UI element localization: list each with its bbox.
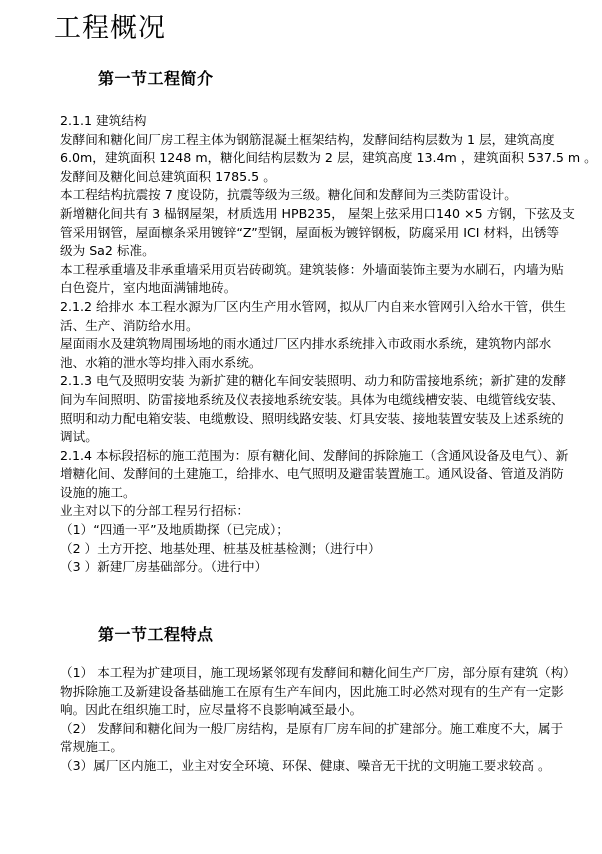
text-line: 设施的施工。 — [60, 484, 560, 503]
section-heading-overview: 第一节工程简介 — [98, 66, 214, 89]
section-body-overview: 2.1.1 建筑结构 发酵间和糖化间厂房工程主体为钢筋混凝土框架结构，发酵间结构… — [60, 112, 560, 577]
document-title: 工程概况 — [54, 6, 166, 45]
text-line: 2.1.2 给排水 本工程水源为厂区内生产用水管网，拟从厂内自来水管网引入给水干… — [60, 298, 560, 317]
text-line: 业主对以下的分部工程另行招标： — [60, 502, 560, 521]
text-line: （2） 发酵间和糖化间为一般厂房结构，是原有厂房车间的扩建部分。施工难度不大，属… — [60, 720, 560, 739]
text-line: 2.1.4 本标段招标的施工范围为：原有糖化间、发酵间的拆除施工（含通风设备及电… — [60, 447, 560, 466]
text-line: 本工程结构抗震按 7 度设防，抗震等级为三级。糖化间和发酵间为三类防雷设计。 — [60, 186, 560, 205]
text-line: 屋面雨水及建筑物周围场地的雨水通过厂区内排水系统排入市政雨水系统，建筑物内部水 — [60, 335, 560, 354]
document-page: 工程概况 第一节工程简介 2.1.1 建筑结构 发酵间和糖化间厂房工程主体为钢筋… — [0, 0, 602, 854]
text-line: 常规施工。 — [60, 738, 560, 757]
section-heading-features: 第一节工程特点 — [98, 622, 214, 645]
text-line: 6.0m，建筑面积 1248 m，糖化间结构层数为 2 层，建筑高度 13.4m… — [60, 149, 560, 168]
text-line: 间为车间照明、防雷接地系统及仪表接地系统安装。具体为电缆线槽安装、电缆管线安装、 — [60, 391, 560, 410]
text-line: （3）属厂区内施工，业主对安全环境、环保、健康、噪音无干扰的文明施工要求较高 。 — [60, 757, 560, 776]
text-line: 2.1.1 建筑结构 — [60, 112, 560, 131]
list-item: （3 ）新建厂房基础部分。（进行中） — [60, 558, 560, 577]
text-line: 本工程承重墙及非承重墙采用页岩砖砌筑。建筑装修：外墙面装饰主要为水刷石，内墙为贴 — [60, 261, 560, 280]
text-line: 发酵间和糖化间厂房工程主体为钢筋混凝土框架结构，发酵间结构层数为 1 层，建筑高… — [60, 131, 560, 150]
text-line: 级为 Sa2 标准。 — [60, 242, 560, 261]
text-line: 照明和动力配电箱安装、电缆敷设、照明线路安装、灯具安装、接地装置安装及上述系统的 — [60, 410, 560, 429]
text-line: 调试。 — [60, 428, 560, 447]
text-line: 活、生产、消防给水用。 — [60, 317, 560, 336]
list-item: （2 ）土方开挖、地基处理、桩基及桩基检测；（进行中） — [60, 540, 560, 559]
text-line: 2.1.3 电气及照明安装 为新扩建的糖化车间安装照明、动力和防雷接地系统；新扩… — [60, 372, 560, 391]
text-line: 物拆除施工及新建设备基础施工在原有生产车间内，因此施工时必然对现有的生产有一定影 — [60, 683, 560, 702]
text-line: 发酵间及糖化间总建筑面积 1785.5 。 — [60, 168, 560, 187]
text-line: （1） 本工程为扩建项目，施工现场紧邻现有发酵间和糖化间生产厂房，部分原有建筑（… — [60, 664, 560, 683]
text-line: 新增糖化间共有 3 榀钢屋架，材质选用 HPB235， 屋架上弦采用口140 ×… — [60, 205, 560, 224]
list-item: （1）“四通一平”及地质勘探（已完成）； — [60, 521, 560, 540]
text-line: 池、水箱的泄水等均排入雨水系统。 — [60, 354, 560, 373]
section-body-features: （1） 本工程为扩建项目，施工现场紧邻现有发酵间和糖化间生产厂房，部分原有建筑（… — [60, 664, 560, 776]
text-line: 响。因此在组织施工时，应尽量将不良影响减至最小。 — [60, 701, 560, 720]
text-line: 白色瓷片，室内地面满铺地砖。 — [60, 279, 560, 298]
text-line: 增糖化间、发酵间的土建施工，给排水、电气照明及避雷装置施工。通风设备、管道及消防 — [60, 465, 560, 484]
text-line: 管采用钢管，屋面檩条采用镀锌“Z”型钢，屋面板为镀锌钢板，防腐采用 ICI 材料… — [60, 224, 560, 243]
